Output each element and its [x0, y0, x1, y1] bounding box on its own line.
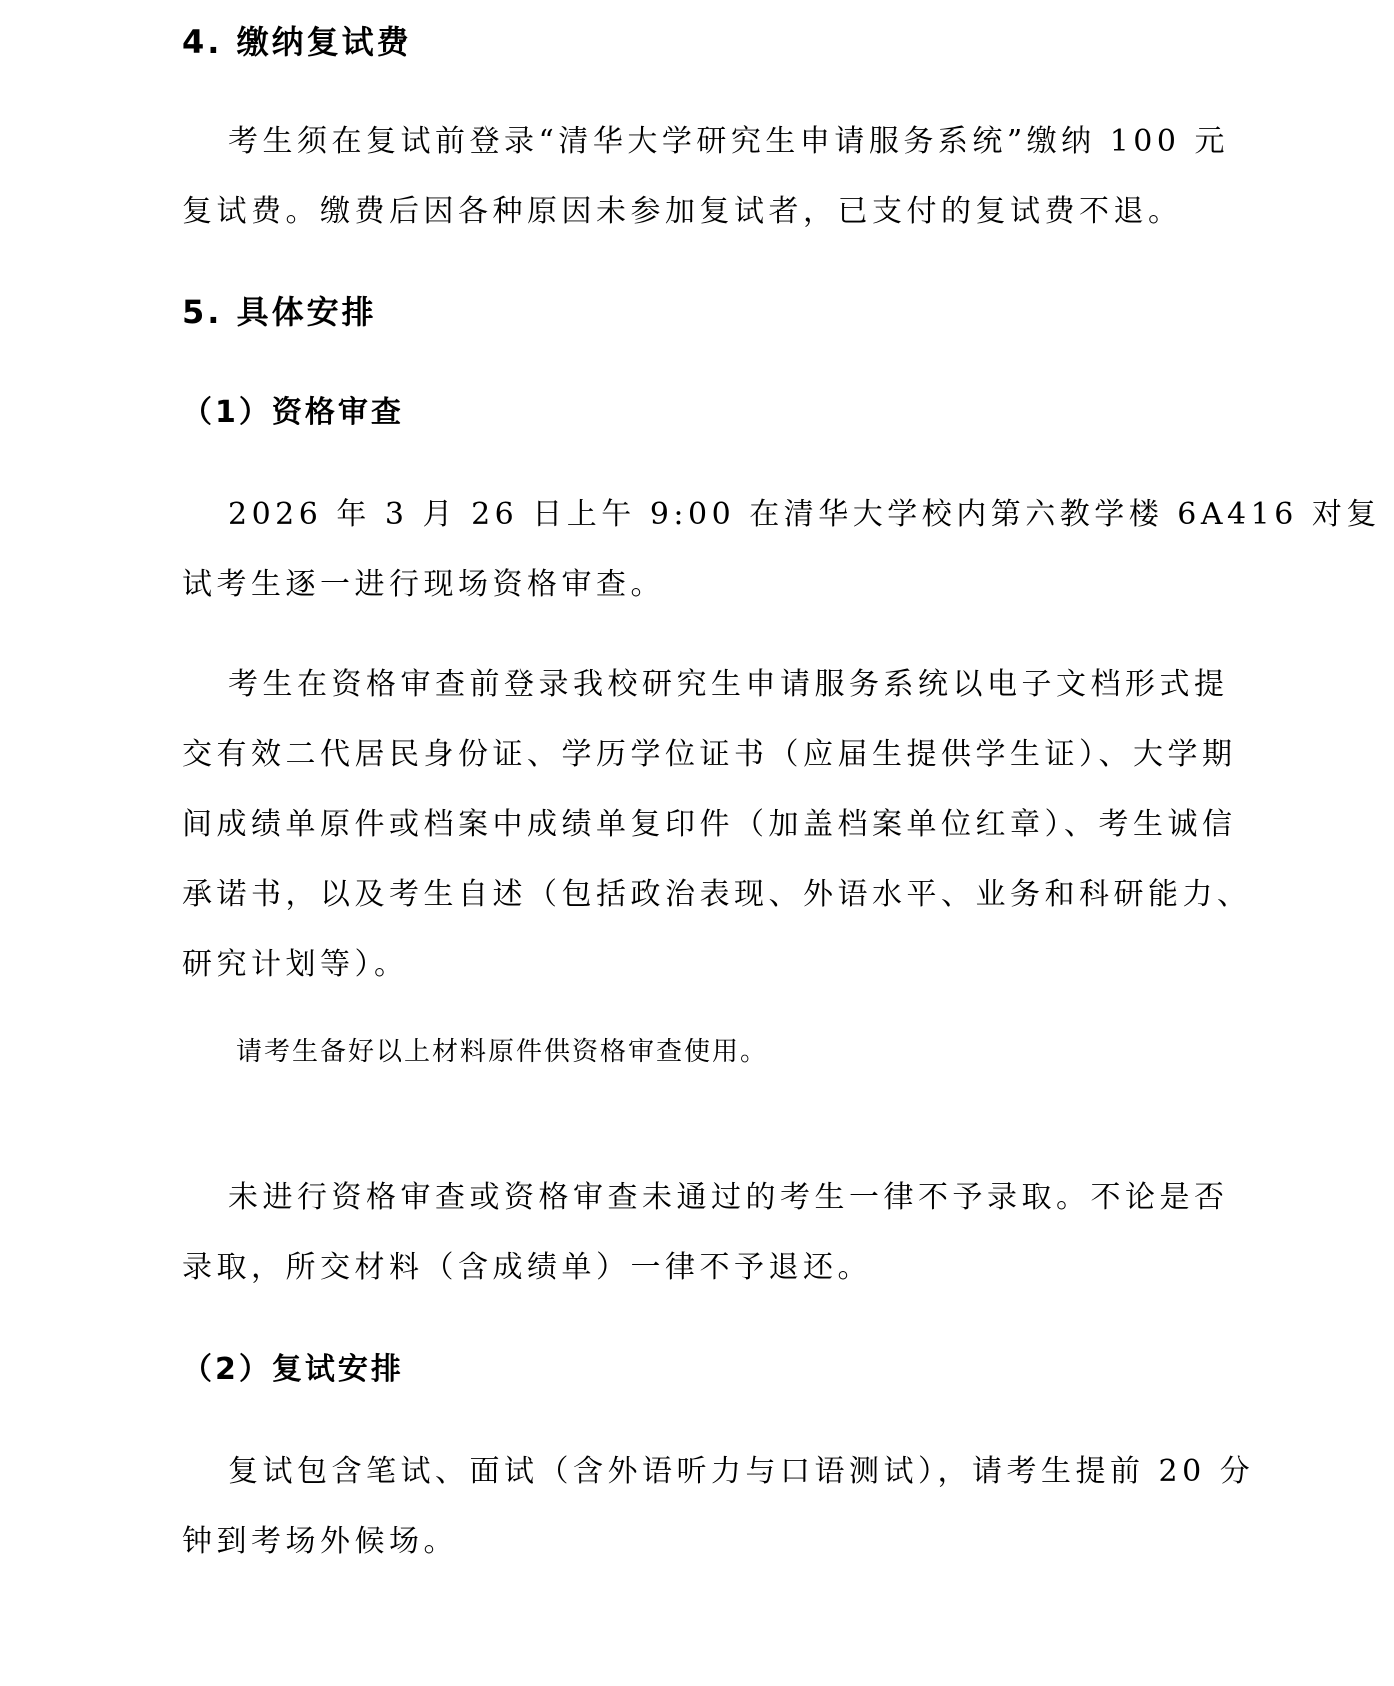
materials-note: 请考生备好以上材料原件供资格审查使用。	[236, 1032, 768, 1072]
rejection-paragraph-line: 录取，所交材料（含成绩单）一律不予退还。	[182, 1248, 872, 1288]
retest-paragraph-line: 钟到考场外候场。	[182, 1522, 458, 1562]
section-4-paragraph-line: 考生须在复试前登录“清华大学研究生申请服务系统”缴纳 100 元	[228, 122, 1229, 162]
section-4-paragraph-line: 复试费。缴费后因各种原因未参加复试者，已支付的复试费不退。	[182, 192, 1183, 232]
materials-paragraph-line: 承诺书，以及考生自述（包括政治表现、外语水平、业务和科研能力、	[182, 875, 1252, 915]
subsection-2-heading: （2）复试安排	[182, 1350, 404, 1390]
materials-paragraph-line: 考生在资格审查前登录我校研究生申请服务系统以电子文档形式提	[228, 665, 1229, 705]
subsection-1-heading: （1）资格审查	[182, 393, 404, 433]
materials-paragraph-line: 交有效二代居民身份证、学历学位证书（应届生提供学生证）、大学期	[182, 735, 1237, 775]
section-5-heading: 5. 具体安排	[182, 292, 377, 332]
qualification-date-line: 试考生逐一进行现场资格审查。	[182, 565, 665, 605]
materials-paragraph-line: 间成绩单原件或档案中成绩单复印件（加盖档案单位红章）、考生诚信	[182, 805, 1237, 845]
retest-paragraph-line: 复试包含笔试、面试（含外语听力与口语测试），请考生提前 20 分	[228, 1452, 1254, 1492]
qualification-date-line: 2026 年 3 月 26 日上午 9:00 在清华大学校内第六教学楼 6A41…	[228, 495, 1381, 535]
rejection-paragraph-line: 未进行资格审查或资格审查未通过的考生一律不予录取。不论是否	[228, 1178, 1229, 1218]
materials-paragraph-line: 研究计划等）。	[182, 945, 409, 985]
section-4-heading: 4. 缴纳复试费	[182, 22, 412, 62]
